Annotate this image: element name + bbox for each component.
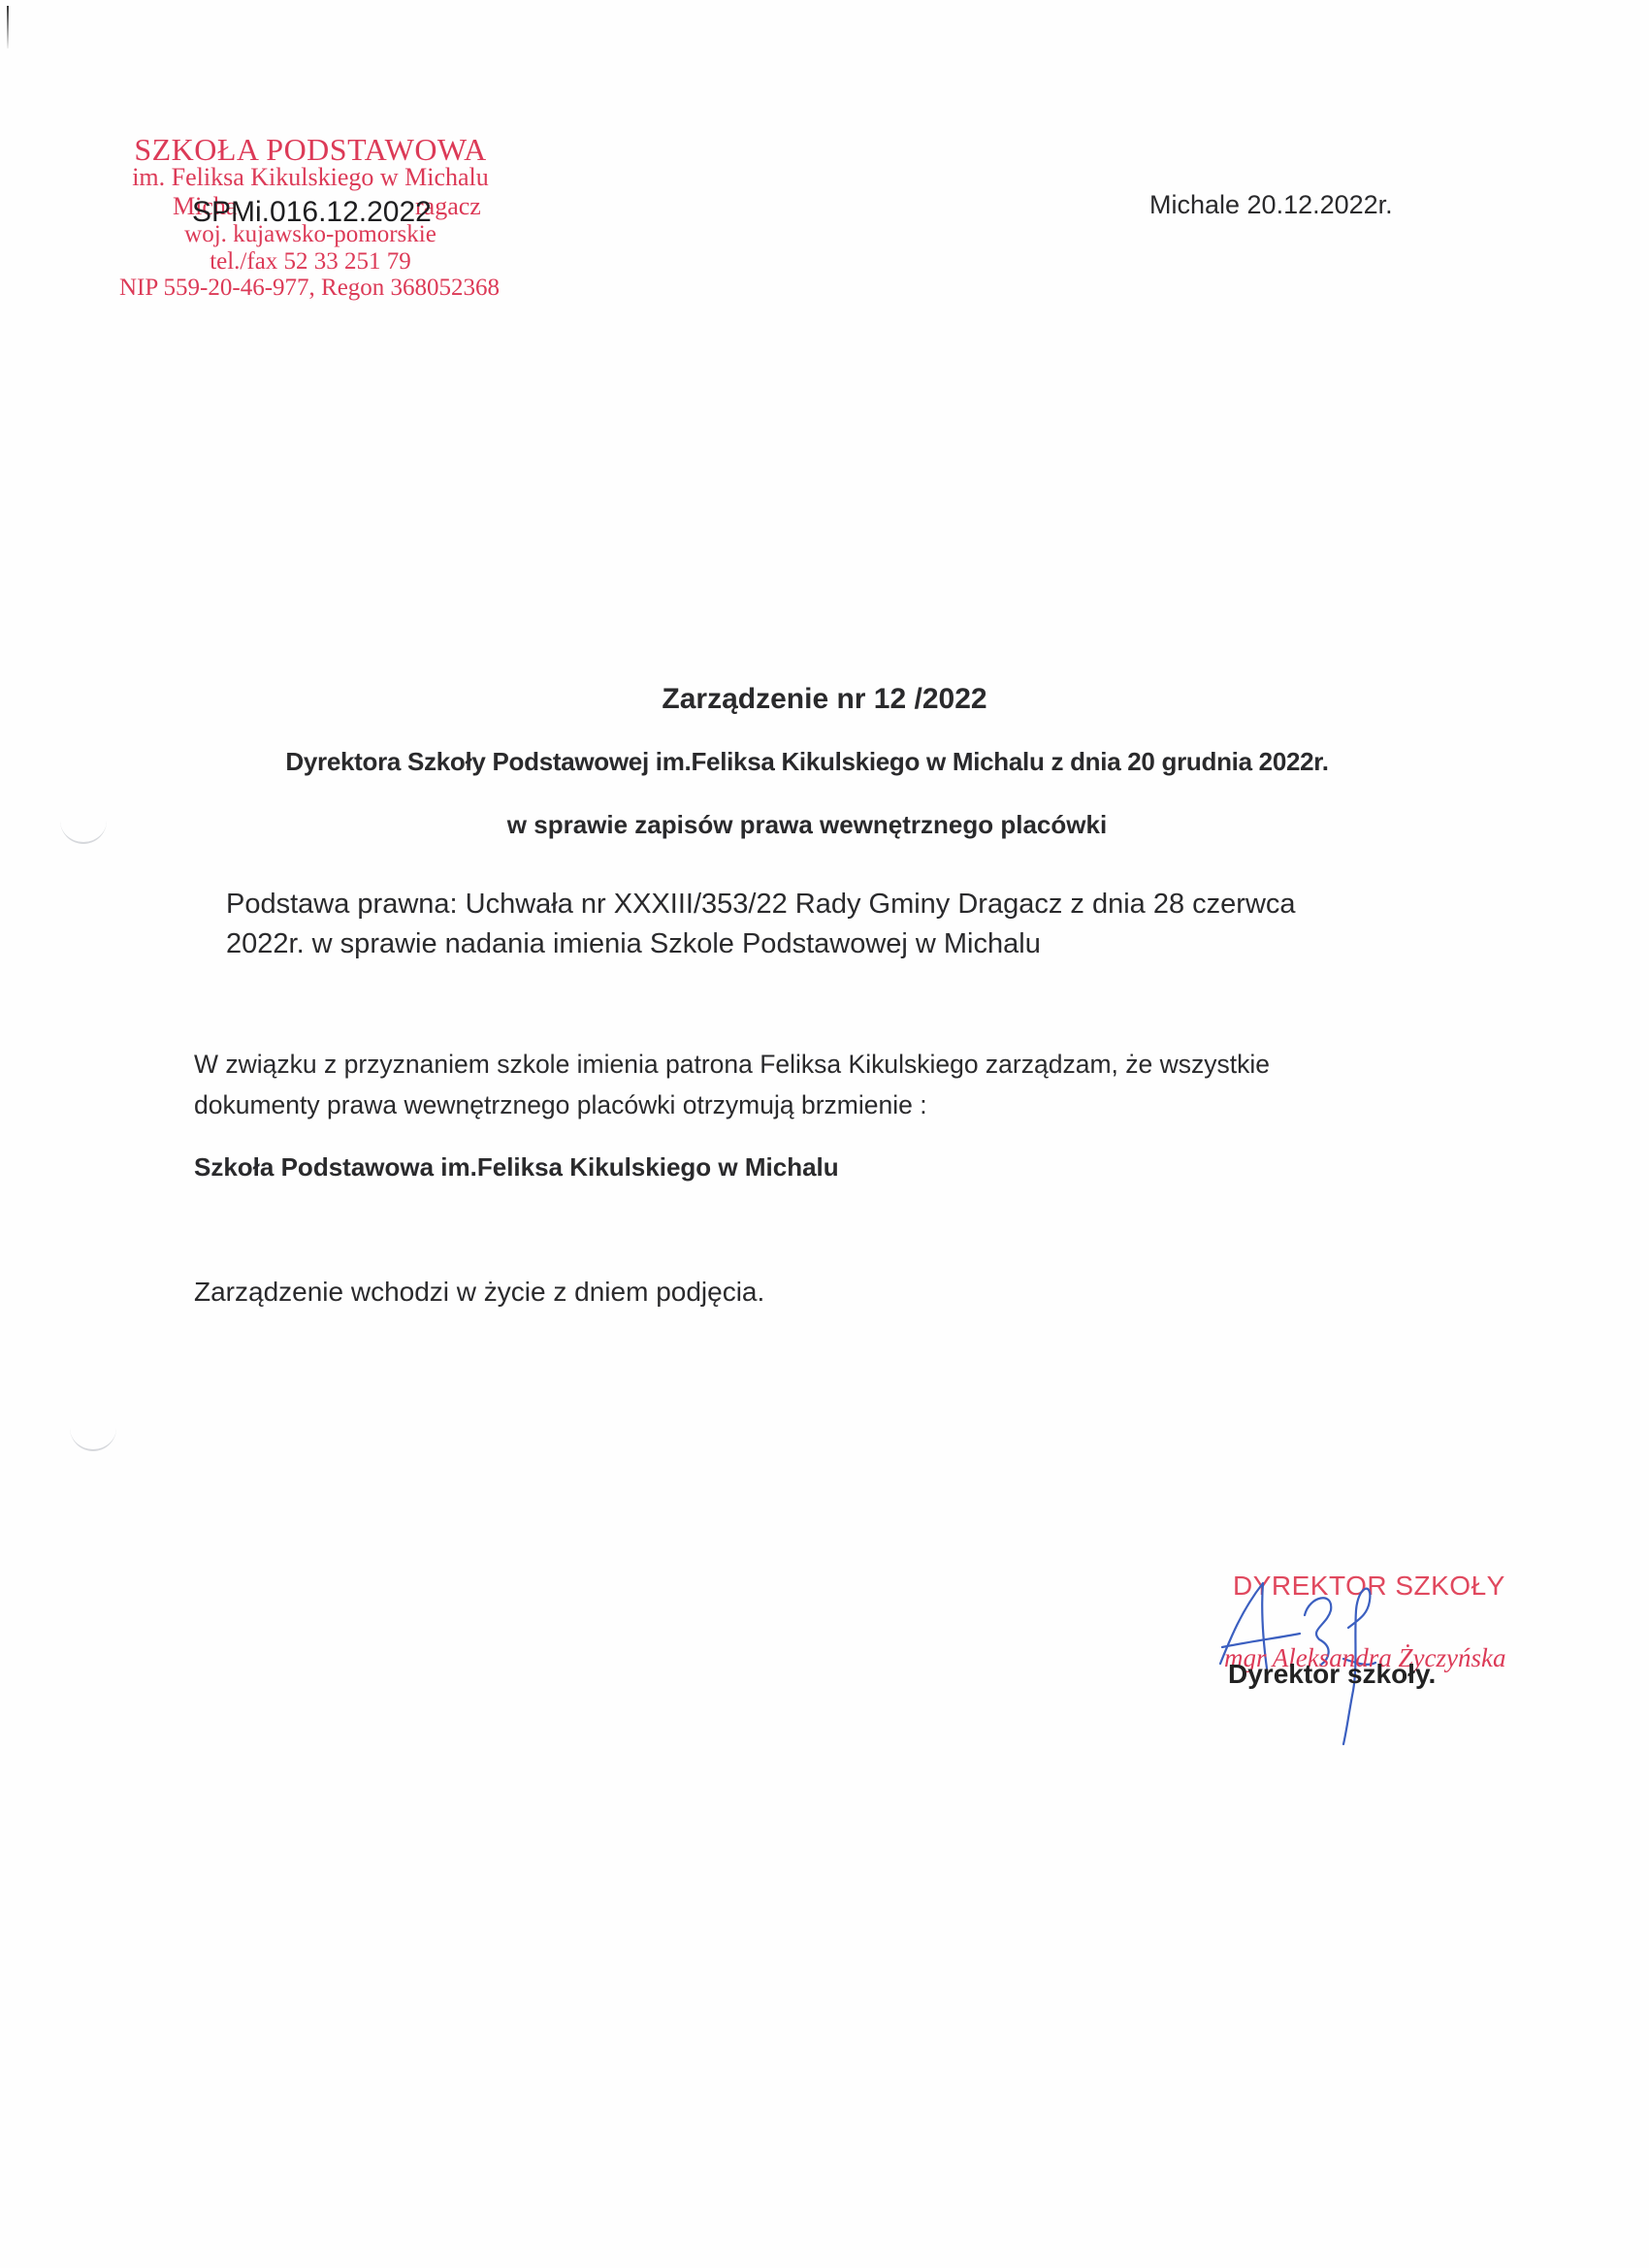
- director-role-label: Dyrektor szkoły.: [1228, 1659, 1436, 1690]
- stamp-school-patron: im. Feliksa Kikulskiego w Michalu: [116, 163, 504, 192]
- effective-clause: Zarządzenie wchodzi w życie z dniem podj…: [194, 1277, 764, 1308]
- school-official-name: Szkoła Podstawowa im.Feliksa Kikulskiego…: [194, 1152, 839, 1183]
- stamp-phone: tel./fax 52 33 251 79: [116, 248, 504, 275]
- scanned-document-page: SZKOŁA PODSTAWOWA im. Feliksa Kikulskieg…: [0, 0, 1649, 2268]
- stamp-tax-ids: NIP 559-20-46-977, Regon 368052368: [114, 275, 504, 302]
- reference-number: SPMi.016.12.2022: [192, 196, 432, 229]
- document-subtitle: Dyrektora Szkoły Podstawowej im.Feliksa …: [0, 747, 1614, 777]
- hole-punch-mark: [70, 1424, 116, 1451]
- document-subject: w sprawie zapisów prawa wewnętrznego pla…: [0, 810, 1614, 840]
- place-and-date: Michale 20.12.2022r.: [1149, 190, 1393, 220]
- legal-basis: Podstawa prawna: Uchwała nr XXXIII/353/2…: [226, 885, 1351, 964]
- document-title: Zarządzenie nr 12 /2022: [0, 683, 1649, 716]
- body-paragraph: W związku z przyznaniem szkole imienia p…: [194, 1044, 1358, 1125]
- scan-edge-artifact: [7, 6, 9, 49]
